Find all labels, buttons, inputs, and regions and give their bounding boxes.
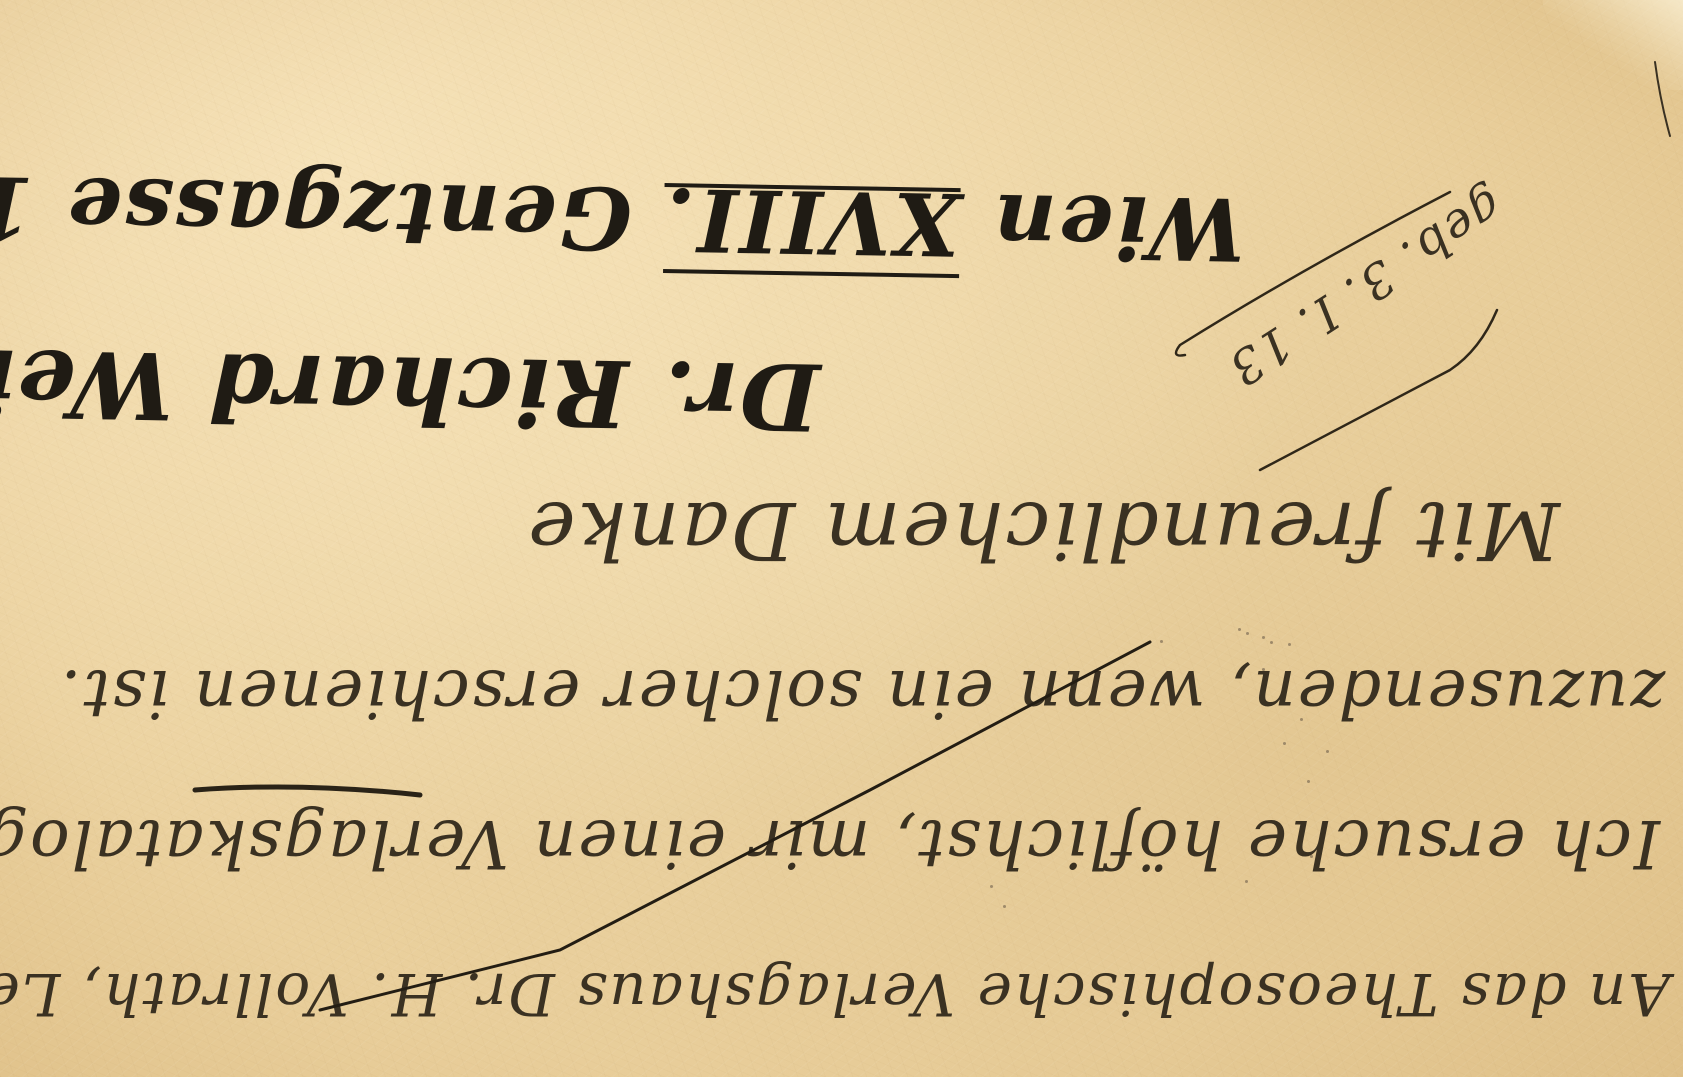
edge-mark (1655, 62, 1670, 136)
sender-name: Dr. Richard Weiß (159, 339, 821, 443)
sender-street: Gentzgasse 130 (0, 154, 633, 269)
postcard: Wien XVIII. Gentzgasse 130 Dr. Richard W… (0, 0, 1683, 1077)
sender-city: Wien (991, 174, 1246, 279)
sender-address-line: Wien XVIII. Gentzgasse 130 (84, 165, 1245, 271)
recipient-address-line: An das Theosophische Verlagshaus Dr. H. … (80, 965, 1670, 1023)
request-line-1: Ich ersuche höflichst, mir einen Verlags… (170, 810, 1660, 876)
sender-district: XVIII. (663, 168, 961, 274)
request-line-2: zuzusenden, wenn ein solcher erschienen … (235, 660, 1665, 726)
corner-crease (1543, 0, 1683, 90)
katalog-underline (195, 787, 420, 795)
closing-line: Mit freundlichem Danke (660, 490, 1560, 570)
